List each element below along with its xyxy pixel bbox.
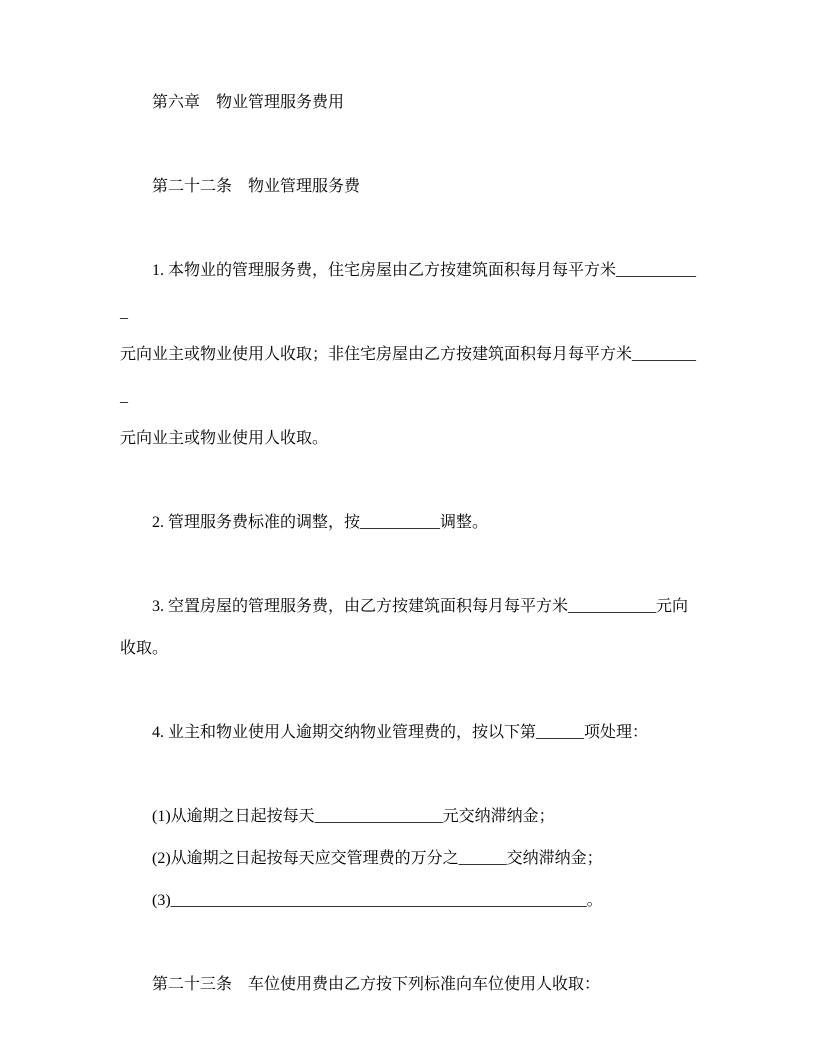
clause-1-line-3: 元向业主或物业使用人收取。 [120, 418, 696, 460]
document-page: 第六章 物业管理服务费用 第二十二条 物业管理服务费 1. 本物业的管理服务费，… [0, 0, 816, 1056]
clause-3-line-1: 3. 空置房屋的管理服务费，由乙方按建筑面积每月每平方米___________元… [120, 586, 696, 628]
blank-line [120, 670, 696, 712]
blank-line [120, 124, 696, 166]
clause-4-item-1: (1)从逾期之日起按每天________________元交纳滞纳金； [120, 796, 696, 838]
blank-line [120, 544, 696, 586]
clause-4: 4. 业主和物业使用人逾期交纳物业管理费的，按以下第______项处理： [120, 712, 696, 754]
clause-4-item-3: (3)_____________________________________… [120, 880, 696, 922]
chapter-6-heading: 第六章 物业管理服务费用 [120, 82, 696, 124]
blank-line [120, 208, 696, 250]
clause-4-item-2: (2)从逾期之日起按每天应交管理费的万分之______交纳滞纳金； [120, 838, 696, 880]
article-23-heading: 第二十三条 车位使用费由乙方按下列标准向车位使用人收取： [120, 964, 696, 1006]
clause-3-line-2: 收取。 [120, 628, 696, 670]
clause-2: 2. 管理服务费标准的调整，按__________调整。 [120, 502, 696, 544]
blank-line [120, 922, 696, 964]
clause-1-line-2: 元向业主或物业使用人收取；非住宅房屋由乙方按建筑面积每月每平方米________… [120, 334, 696, 418]
clause-1-line-1: 1. 本物业的管理服务费，住宅房屋由乙方按建筑面积每月每平方米_________… [120, 250, 696, 334]
blank-line [120, 460, 696, 502]
article-22-heading: 第二十二条 物业管理服务费 [120, 166, 696, 208]
blank-line [120, 754, 696, 796]
